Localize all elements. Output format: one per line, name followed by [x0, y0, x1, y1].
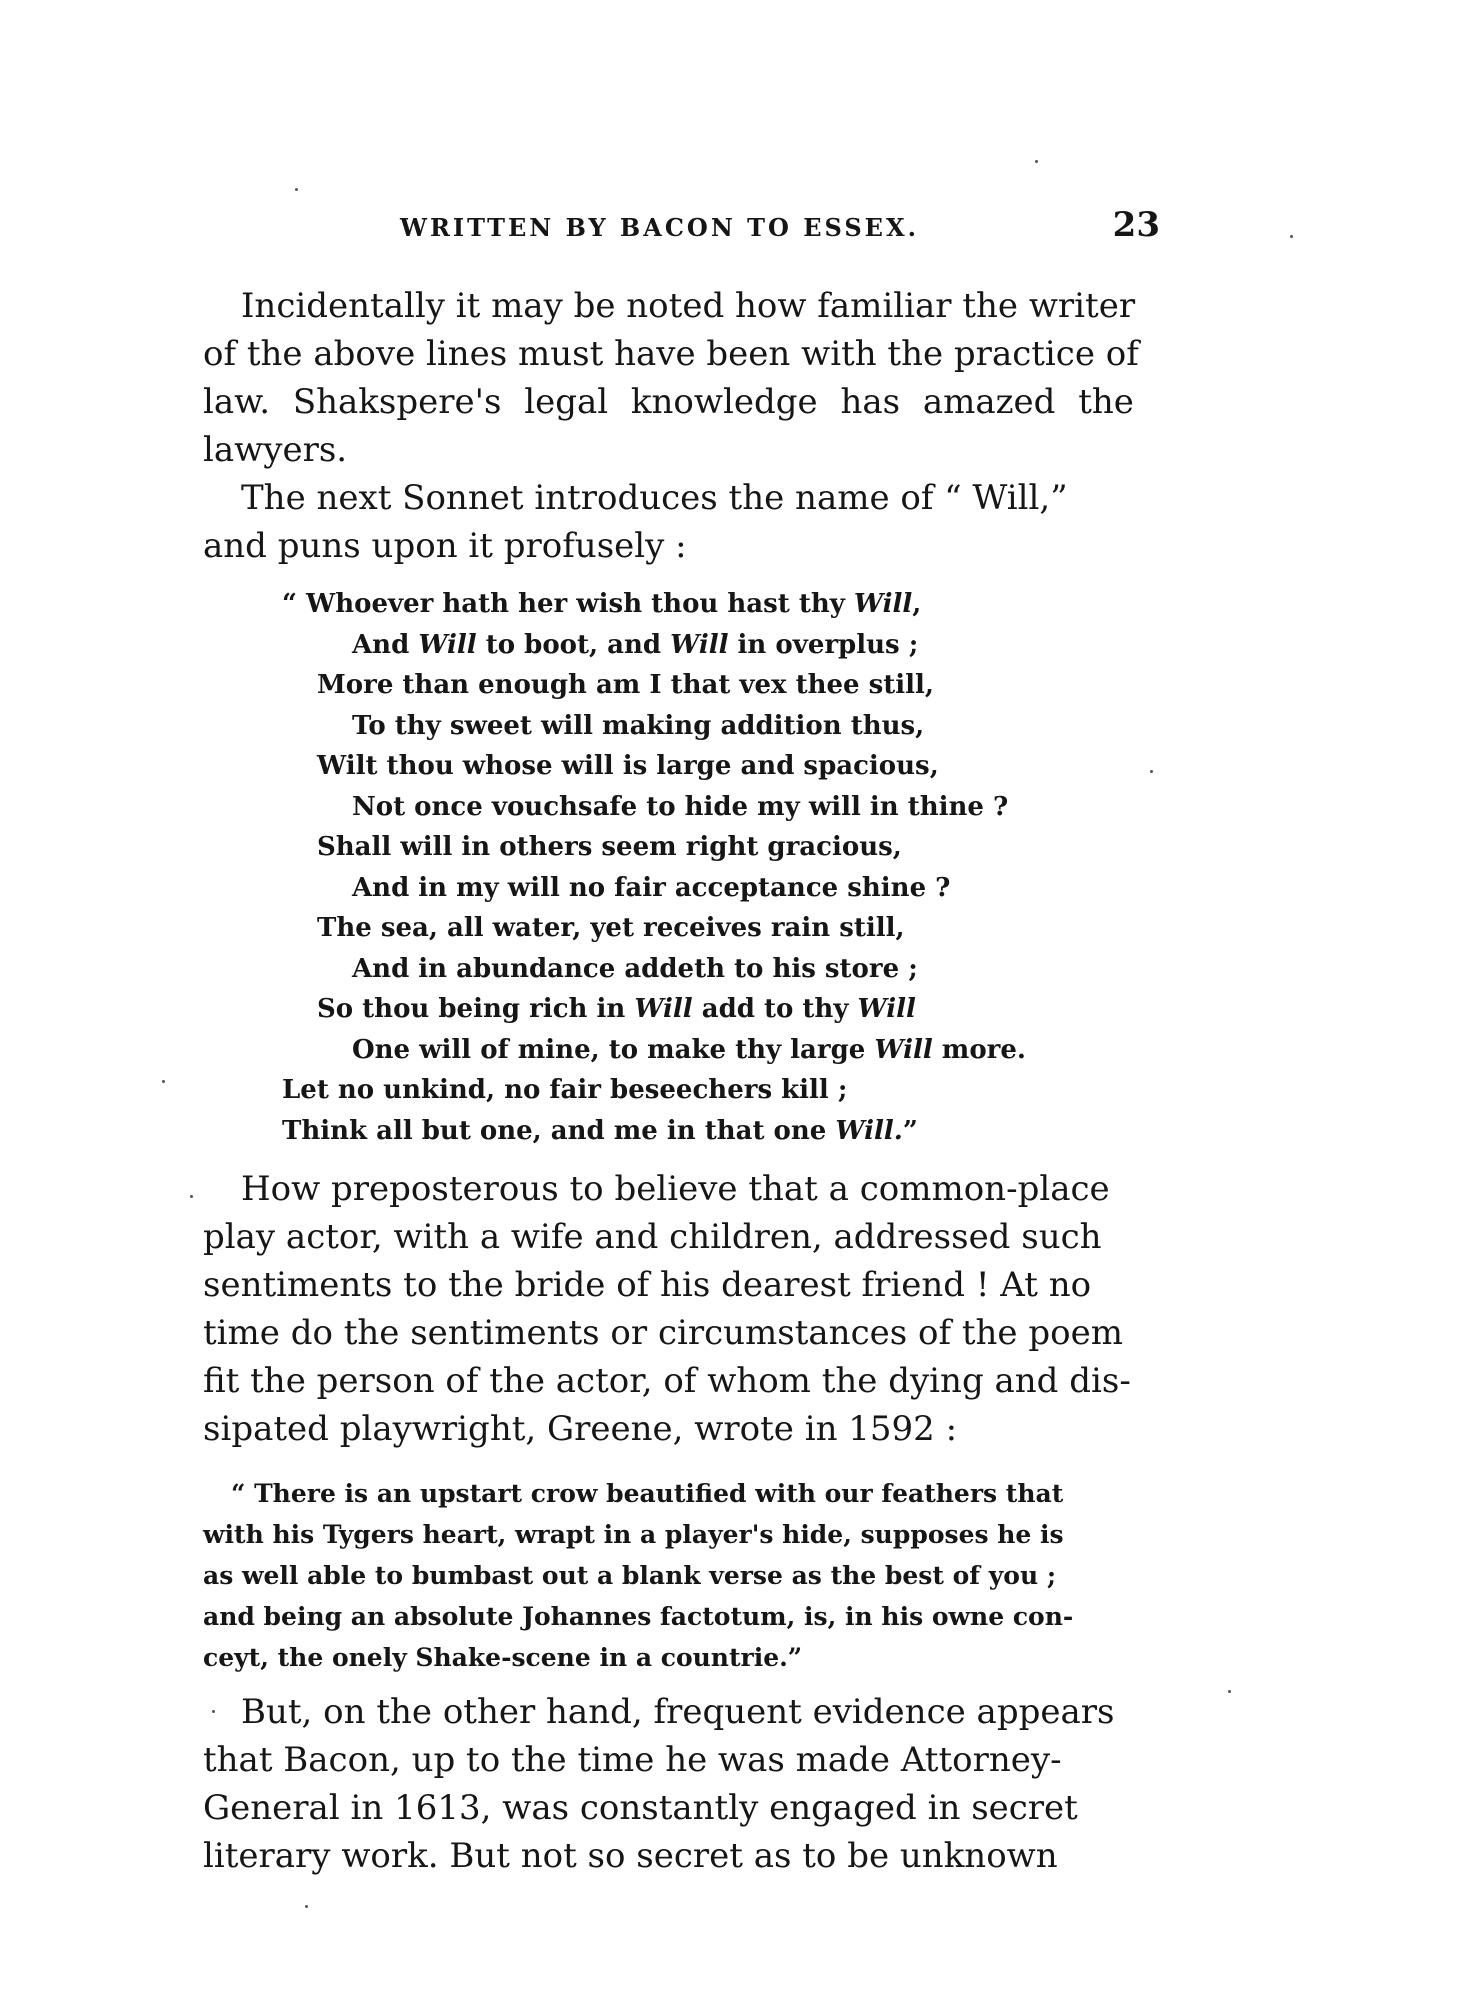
verse-text: Think all but one, and me in that one: [282, 1116, 835, 1146]
text-line: General in 1613, was constantly engaged …: [203, 1784, 1158, 1832]
running-head: WRITTEN BY BACON TO ESSEX. 23: [400, 205, 1160, 245]
paragraph-preposterous: How preposterous to believe that a commo…: [203, 1165, 1158, 1453]
text-line: But, on the other hand, frequent evidenc…: [203, 1688, 1158, 1736]
sonnet-line: So thou being rich in Will add to thy Wi…: [282, 989, 1142, 1030]
page-number: 23: [1113, 205, 1160, 245]
verse-text: To thy sweet will making addition thus,: [352, 711, 924, 741]
scan-speck: [1150, 770, 1153, 773]
paragraph-bacon-secret-work: But, on the other hand, frequent evidenc…: [203, 1688, 1158, 1880]
verse-text: ,: [912, 589, 921, 619]
text-line: fit the person of the actor, of whom the…: [203, 1357, 1158, 1405]
sonnet-line: Shall will in others seem right gracious…: [282, 827, 1142, 868]
sonnet-line: Think all but one, and me in that one Wi…: [282, 1111, 1142, 1152]
scan-speck: [1290, 235, 1293, 238]
scan-speck: [1228, 1690, 1231, 1693]
quote-line: and being an absolute Johannes factotum,…: [203, 1596, 1158, 1637]
paragraph-legal-knowledge: Incidentally it may be noted how familia…: [203, 282, 1158, 474]
quote-line: “ There is an upstart crow beautified wi…: [203, 1473, 1158, 1514]
text-line: and puns upon it profusely :: [203, 522, 1158, 570]
verse-text: And in my will no fair acceptance shine …: [352, 873, 950, 903]
sonnet-line: The sea, all water, yet receives rain st…: [282, 908, 1142, 949]
quote-line: as well able to bumbast out a blank vers…: [203, 1555, 1158, 1596]
sonnet-quotation: “ Whoever hath her wish thou hast thy Wi…: [282, 584, 1142, 1151]
scan-speck: [305, 1905, 308, 1908]
text-line: sipated playwright, Greene, wrote in 159…: [203, 1405, 1158, 1453]
sonnet-line: More than enough am I that vex thee stil…: [282, 665, 1142, 706]
italic-word: Will: [418, 630, 476, 660]
sonnet-line: And Will to boot, and Will in overplus ;: [282, 625, 1142, 666]
italic-word: Will: [857, 994, 915, 1024]
scan-speck: [212, 1710, 215, 1713]
italic-word: Will.: [835, 1116, 902, 1146]
sonnet-line: One will of mine, to make thy large Will…: [282, 1030, 1142, 1071]
verse-text: to boot, and: [477, 630, 670, 660]
verse-text: in overplus ;: [728, 630, 918, 660]
sonnet-line: Not once vouchsafe to hide my will in th…: [282, 787, 1142, 828]
verse-text: And in abundance addeth to his store ;: [352, 954, 918, 984]
sonnet-line: And in abundance addeth to his store ;: [282, 949, 1142, 990]
text-line: law. Shakspere's legal knowledge has ama…: [203, 378, 1158, 426]
sonnet-line: Wilt thou whose will is large and spacio…: [282, 746, 1142, 787]
scan-speck: [295, 188, 298, 191]
scan-speck: [190, 1195, 193, 1198]
verse-text: ”: [903, 1116, 918, 1146]
paragraph-sonnet-intro: The next Sonnet introduces the name of “…: [203, 474, 1158, 570]
verse-text: “ Whoever hath her wish thou hast thy: [282, 589, 854, 619]
verse-text: Shall will in others seem right gracious…: [317, 832, 902, 862]
italic-word: Will: [634, 994, 692, 1024]
text-line: literary work. But not so secret as to b…: [203, 1832, 1158, 1880]
scan-speck: [162, 1080, 165, 1083]
verse-text: And: [352, 630, 418, 660]
sonnet-line: And in my will no fair acceptance shine …: [282, 868, 1142, 909]
text-line: The next Sonnet introduces the name of “…: [203, 474, 1158, 522]
verse-text: The sea, all water, yet receives rain st…: [317, 913, 905, 943]
italic-word: Will: [854, 589, 912, 619]
verse-text: more.: [933, 1035, 1026, 1065]
book-page: WRITTEN BY BACON TO ESSEX. 23 Incidental…: [0, 0, 1470, 2000]
verse-text: Let no unkind, no fair beseechers kill ;: [282, 1075, 847, 1105]
text-line: sentiments to the bride of his dearest f…: [203, 1261, 1158, 1309]
quote-line: with his Tygers heart, wrapt in a player…: [203, 1514, 1158, 1555]
text-line: How preposterous to believe that a commo…: [203, 1165, 1158, 1213]
greene-quotation: “ There is an upstart crow beautified wi…: [203, 1473, 1158, 1678]
verse-text: More than enough am I that vex thee stil…: [317, 670, 934, 700]
scan-speck: [1035, 160, 1038, 163]
running-title: WRITTEN BY BACON TO ESSEX.: [400, 213, 919, 242]
verse-text: add to thy: [693, 994, 858, 1024]
sonnet-line: “ Whoever hath her wish thou hast thy Wi…: [282, 584, 1142, 625]
italic-word: Will: [670, 630, 728, 660]
text-line: Incidentally it may be noted how familia…: [203, 282, 1158, 330]
text-line: of the above lines must have been with t…: [203, 330, 1158, 378]
text-line: time do the sentiments or circumstances …: [203, 1309, 1158, 1357]
text-line: play actor, with a wife and children, ad…: [203, 1213, 1158, 1261]
text-line: lawyers.: [203, 426, 1158, 474]
verse-text: Not once vouchsafe to hide my will in th…: [352, 792, 1008, 822]
quote-line: ceyt, the onely Shake-scene in a countri…: [203, 1637, 1158, 1678]
verse-text: One will of mine, to make thy large: [352, 1035, 874, 1065]
text-line: that Bacon, up to the time he was made A…: [203, 1736, 1158, 1784]
italic-word: Will: [874, 1035, 932, 1065]
verse-text: Wilt thou whose will is large and spacio…: [317, 751, 939, 781]
sonnet-line: To thy sweet will making addition thus,: [282, 706, 1142, 747]
verse-text: So thou being rich in: [317, 994, 634, 1024]
sonnet-line: Let no unkind, no fair beseechers kill ;: [282, 1070, 1142, 1111]
